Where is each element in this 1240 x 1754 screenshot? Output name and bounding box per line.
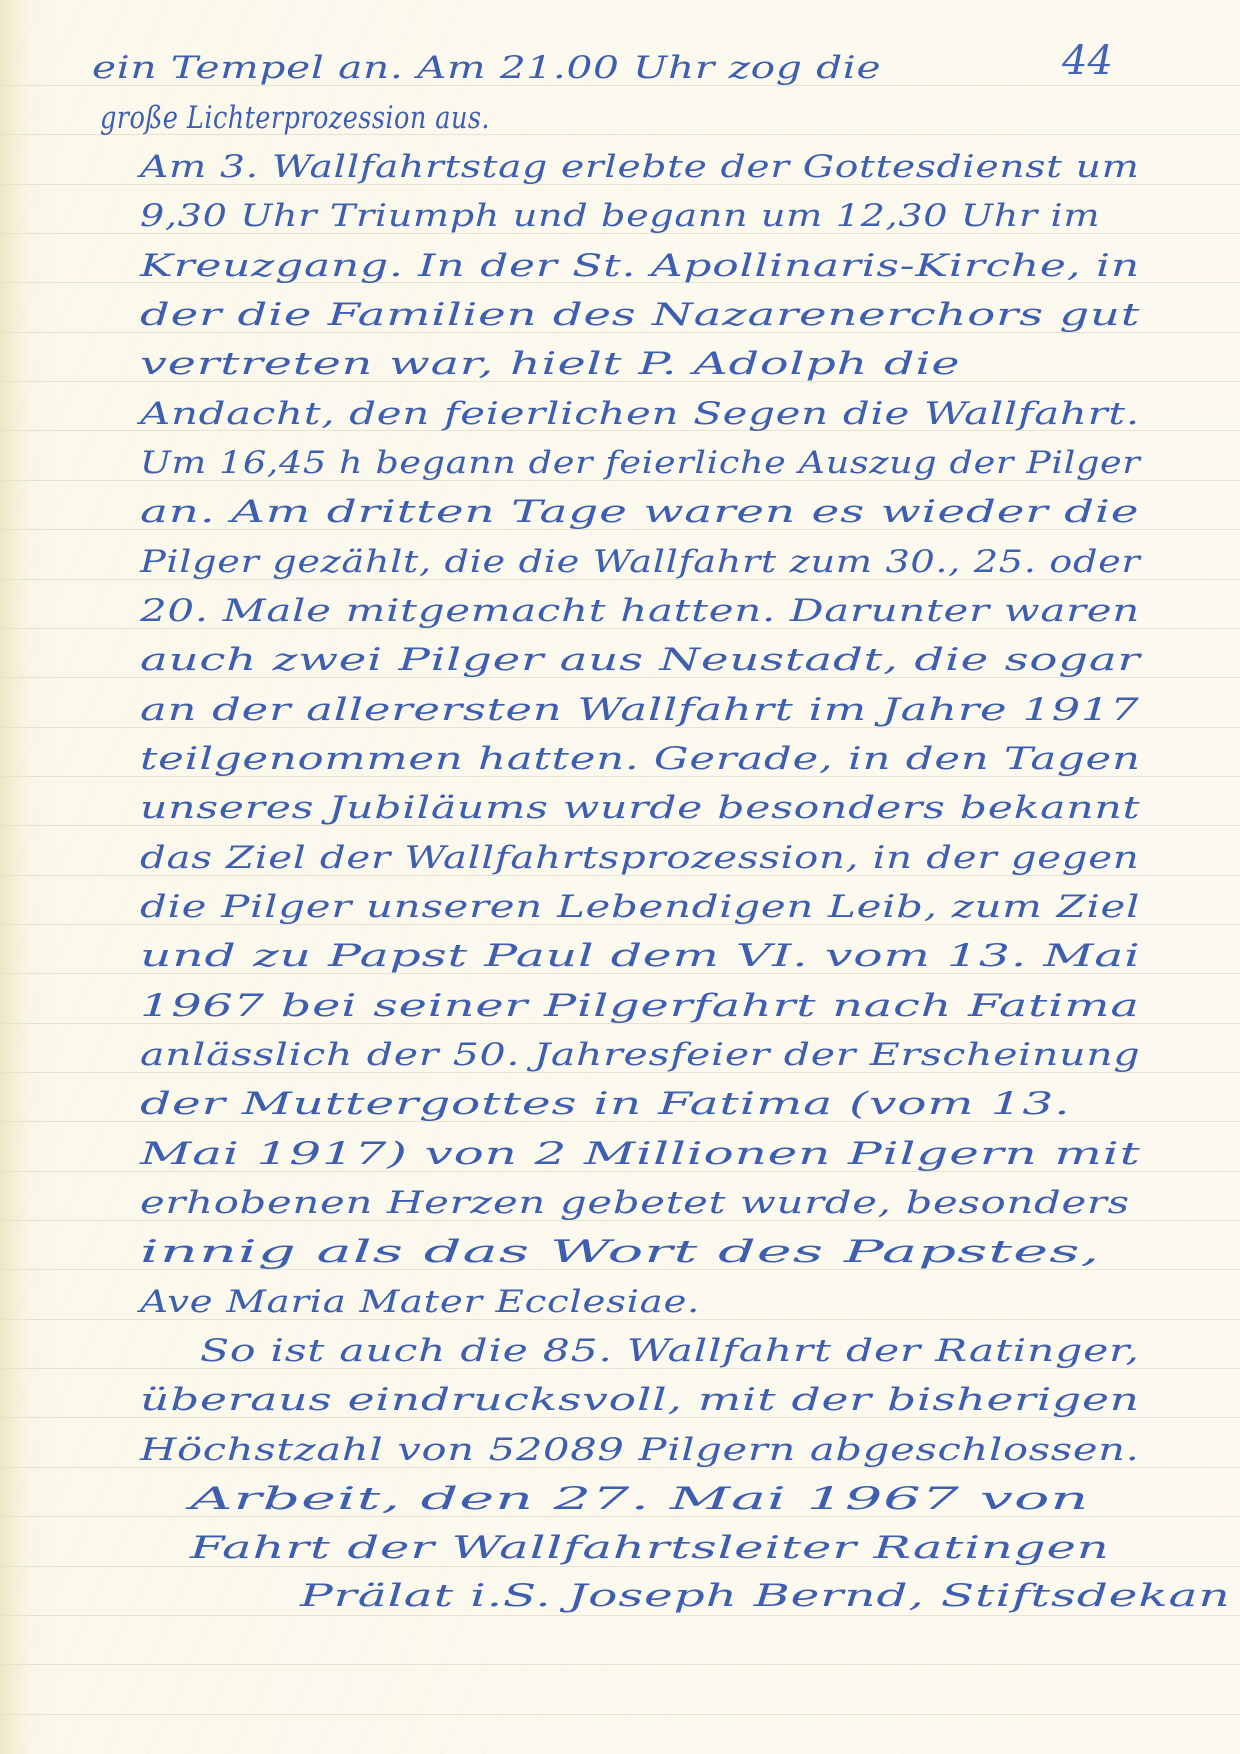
- handwritten-line: erhobenen Herzen gebetet wurde, besonder…: [140, 1173, 1130, 1219]
- handwritten-line: auch zwei Pilger aus Neustadt, die sogar: [140, 630, 1141, 676]
- handwritten-line: überaus eindrucksvoll, mit der bisherige…: [140, 1370, 1140, 1416]
- ruled-line: [0, 1664, 1240, 1665]
- handwritten-line: Kreuzgang. In der St. Apollinaris-Kirche…: [140, 236, 1140, 282]
- handwritten-line: Fahrt der Wallfahrtsleiter Ratingen: [190, 1518, 1110, 1564]
- ruled-line: [0, 1615, 1240, 1616]
- handwritten-line: 20. Male mitgemacht hatten. Darunter war…: [140, 581, 1140, 627]
- notebook-page: 44 ein Tempel an. Am 21.00 Uhr zog die g…: [0, 0, 1240, 1754]
- handwritten-line: große Lichterprozession aus.: [100, 88, 490, 134]
- handwritten-line: innig als das Wort des Papstes,: [140, 1222, 1100, 1268]
- handwritten-line: 1967 bei seiner Pilgerfahrt nach Fatima: [140, 976, 1140, 1022]
- handwritten-line: teilgenommen hatten. Gerade, in den Tage…: [140, 729, 1141, 775]
- signature-line: Prälat i.S. Joseph Bernd, Stiftsdekan: [300, 1566, 1231, 1612]
- handwritten-line: an. Am dritten Tage waren es wieder die: [140, 482, 1139, 528]
- handwritten-line: Um 16,45 h begann der feierliche Auszug …: [140, 433, 1140, 479]
- handwritten-line: das Ziel der Wallfahrtsprozession, in de…: [140, 828, 1139, 874]
- handwritten-line: Arbeit, den 27. Mai 1967 von: [190, 1469, 1089, 1515]
- handwritten-line: Am 3. Wallfahrtstag erlebte der Gottesdi…: [140, 137, 1139, 183]
- handwritten-line: die Pilger unseren Lebendigen Leib, zum …: [140, 877, 1140, 923]
- handwritten-line: und zu Papst Paul dem VI. vom 13. Mai: [140, 926, 1141, 972]
- handwritten-line: unseres Jubiläums wurde besonders bekann…: [140, 778, 1140, 824]
- handwritten-line: Pilger gezählt, die die Wallfahrt zum 30…: [140, 532, 1140, 578]
- handwritten-line: Mai 1917) von 2 Millionen Pilgern mit: [140, 1124, 1141, 1170]
- handwritten-line: Ave Maria Mater Ecclesiae.: [140, 1272, 700, 1318]
- handwritten-line: anlässlich der 50. Jahresfeier der Ersch…: [140, 1025, 1140, 1071]
- page-number: 44: [1062, 38, 1113, 84]
- handwritten-line: Andacht, den feierlichen Segen die Wallf…: [140, 384, 1140, 430]
- handwritten-line: ein Tempel an. Am 21.00 Uhr zog die: [92, 38, 881, 84]
- handwritten-line: Höchstzahl von 52089 Pilgern abgeschloss…: [140, 1420, 1140, 1466]
- handwritten-line: der Muttergottes in Fatima (vom 13.: [140, 1074, 1070, 1120]
- ruled-line: [0, 1714, 1240, 1715]
- handwritten-line: So ist auch die 85. Wallfahrt der Rating…: [200, 1321, 1140, 1367]
- handwritten-line: der die Familien des Nazarenerchors gut: [140, 285, 1140, 331]
- handwritten-line: 9,30 Uhr Triumph und begann um 12,30 Uhr…: [140, 186, 1100, 232]
- handwritten-line: an der allerersten Wallfahrt im Jahre 19…: [140, 680, 1140, 726]
- handwritten-line: vertreten war, hielt P. Adolph die: [140, 334, 960, 380]
